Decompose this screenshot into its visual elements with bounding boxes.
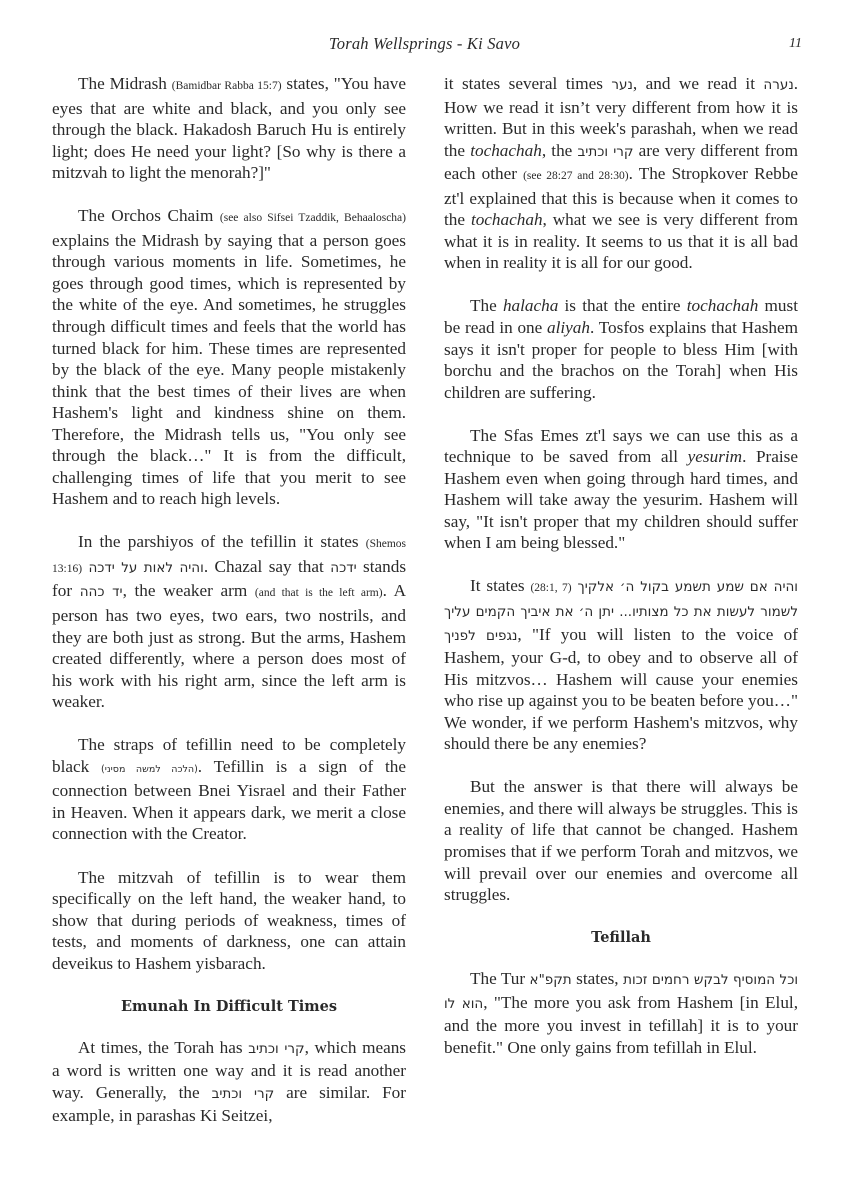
paragraph-kri-ksiv: At times, the Torah has קרי וכתיב, which… xyxy=(52,1037,406,1127)
text-span: At times, the Torah has xyxy=(78,1038,248,1057)
paragraph-sfas-emes: The Sfas Emes zt'l says we can use this … xyxy=(444,425,798,554)
italic-term: tochachah xyxy=(687,296,759,315)
text-span: , the weaker arm xyxy=(123,581,255,600)
hebrew-text: והיה לאות על ידכה xyxy=(88,560,203,576)
paragraph-parshiyos-tefillin: In the parshiyos of the tefillin it stat… xyxy=(52,531,406,712)
paragraph-it-states: It states (28:1, 7) והיה אם שמע תשמע בקו… xyxy=(444,575,798,754)
text-span: explains the Midrash by saying that a pe… xyxy=(52,231,406,509)
paragraph-orchos-chaim: The Orchos Chaim (see also Sifsei Tzaddi… xyxy=(52,205,406,510)
italic-term: aliyah xyxy=(547,318,590,337)
paragraph-straps-tefillin: The straps of tefillin need to be comple… xyxy=(52,734,406,845)
italic-term: halacha xyxy=(503,296,558,315)
running-title: Torah Wellsprings - Ki Savo xyxy=(0,34,849,54)
source-reference: (see also Sifsei Tzaddik, Behaaloscha) xyxy=(220,212,406,224)
source-reference: (and that is the left arm) xyxy=(255,587,383,599)
section-heading-emunah: Emunah In Difficult Times xyxy=(52,996,406,1017)
text-span: , and we read it xyxy=(633,74,764,93)
italic-term: tochachah xyxy=(470,141,542,160)
paragraph-tur: The Tur תקפ"א states, וכל המוסיף לבקש רח… xyxy=(444,968,798,1058)
page-number: 11 xyxy=(789,36,802,52)
hebrew-text: קרי וכתיב xyxy=(578,144,634,160)
source-reference: (Bamidbar Rabba 15:7) xyxy=(172,80,282,92)
source-reference: (28:1, 7) xyxy=(530,582,571,594)
text-span: , the xyxy=(542,141,578,160)
text-span: it states several times xyxy=(444,74,611,93)
paragraph-halacha: The halacha is that the entire tochachah… xyxy=(444,295,798,403)
hebrew-text: נער xyxy=(611,77,632,93)
running-header: Torah Wellsprings - Ki Savo 11 xyxy=(0,34,849,56)
paragraph-mitzvah-tefillin: The mitzvah of tefillin is to wear them … xyxy=(52,867,406,975)
text-span: . Chazal say that xyxy=(204,557,330,576)
text-span: , "The more you ask from Hashem [in Elul… xyxy=(444,993,798,1057)
text-span: . A person has two eyes, two ears, two n… xyxy=(52,581,406,711)
italic-term: yesurim xyxy=(688,447,742,466)
text-span: The Tur xyxy=(470,969,530,988)
text-span: The Orchos Chaim xyxy=(78,206,220,225)
paragraph-answer-enemies: But the answer is that there will always… xyxy=(444,776,798,905)
section-heading-tefillah: Tefillah xyxy=(444,927,798,948)
paragraph-midrash: The Midrash (Bamidbar Rabba 15:7) states… xyxy=(52,73,406,184)
right-column: it states several times נער, and we read… xyxy=(444,73,798,1080)
text-span: In the parshiyos of the tefillin it stat… xyxy=(78,532,366,551)
hebrew-text: נערה xyxy=(763,77,793,93)
text-span: is that the entire xyxy=(558,296,686,315)
source-reference: (see 28:27 and 28:30) xyxy=(523,170,629,182)
left-column: The Midrash (Bamidbar Rabba 15:7) states… xyxy=(52,73,406,1148)
hebrew-text: קרי וכתיב xyxy=(248,1041,304,1057)
text-span: The xyxy=(470,296,503,315)
hebrew-text: יד כהה xyxy=(80,584,123,600)
text-span: The Midrash xyxy=(78,74,172,93)
italic-term: tochachah xyxy=(471,210,543,229)
hebrew-text: תקפ"א xyxy=(530,972,572,988)
hebrew-text: קרי וכתיב xyxy=(212,1086,275,1102)
hebrew-reference: (הלכה למשה מסיני) xyxy=(101,764,198,775)
text-span: It states xyxy=(470,576,530,595)
hebrew-text: ידכה xyxy=(330,560,356,576)
text-span: states, xyxy=(572,969,623,988)
paragraph-continued-tochachah: it states several times נער, and we read… xyxy=(444,73,798,274)
